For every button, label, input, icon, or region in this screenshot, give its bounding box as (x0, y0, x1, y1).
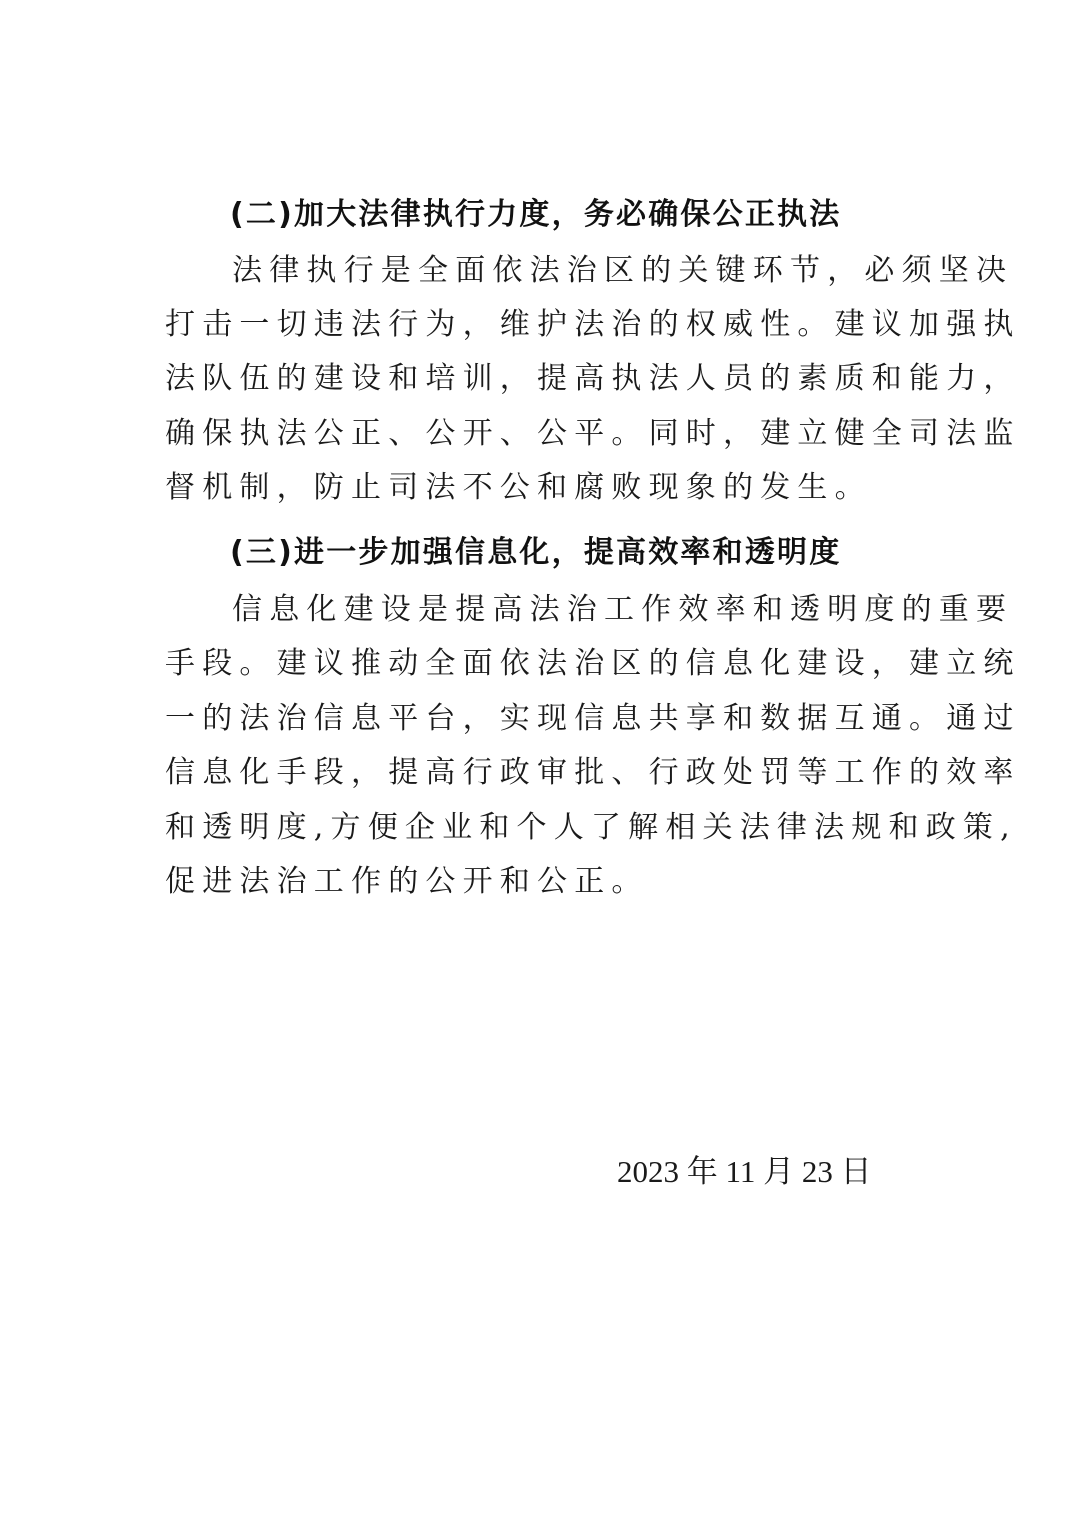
paragraph-line: 法律执行是全面依法治区的关键环节，必须坚决 (232, 251, 982, 291)
paragraph-line: 一的法治信息平台，实现信息共享和数据互通。通过 (165, 699, 915, 739)
section-heading-2: (二)加大法律执行力度，务必确保公正执法 (230, 195, 980, 235)
paragraph-line: 信息化建设是提高法治工作效率和透明度的重要 (232, 590, 982, 630)
paragraph-line: 督机制，防止司法不公和腐败现象的发生。 (165, 468, 915, 508)
document-date: 2023 年 11 月 23 日 (617, 1152, 872, 1192)
section-heading-3: (三)进一步加强信息化，提高效率和透明度 (230, 533, 980, 573)
document-page: (二)加大法律执行力度，务必确保公正执法 法律执行是全面依法治区的关键环节，必须… (0, 0, 1074, 1520)
paragraph-line: 手段。建议推动全面依法治区的信息化建设，建立统 (165, 644, 915, 684)
paragraph-line: 确保执法公正、公开、公平。同时，建立健全司法监 (165, 414, 915, 454)
paragraph-line: 信息化手段，提高行政审批、行政处罚等工作的效率 (165, 753, 915, 793)
paragraph-line: 打击一切违法行为，维护法治的权威性。建议加强执 (165, 305, 915, 345)
paragraph-line: 促进法治工作的公开和公正。 (165, 862, 915, 902)
paragraph-line: 法队伍的建设和培训，提高执法人员的素质和能力， (165, 359, 915, 399)
paragraph-line: 和透明度,方便企业和个人了解相关法律法规和政策, (165, 808, 915, 848)
